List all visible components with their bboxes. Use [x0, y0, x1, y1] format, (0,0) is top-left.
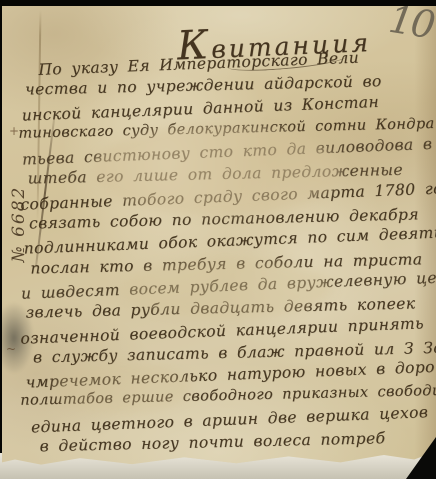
manuscript-scan: № 6682 + ~ 10 Квитанция По указу Ея Импе…	[0, 0, 436, 479]
manuscript-page: № 6682 + ~ 10 Квитанция По указу Ея Импе…	[2, 6, 436, 466]
handwritten-text-block: По указу Ея Императорскаго Вели чества и…	[4, 48, 436, 462]
